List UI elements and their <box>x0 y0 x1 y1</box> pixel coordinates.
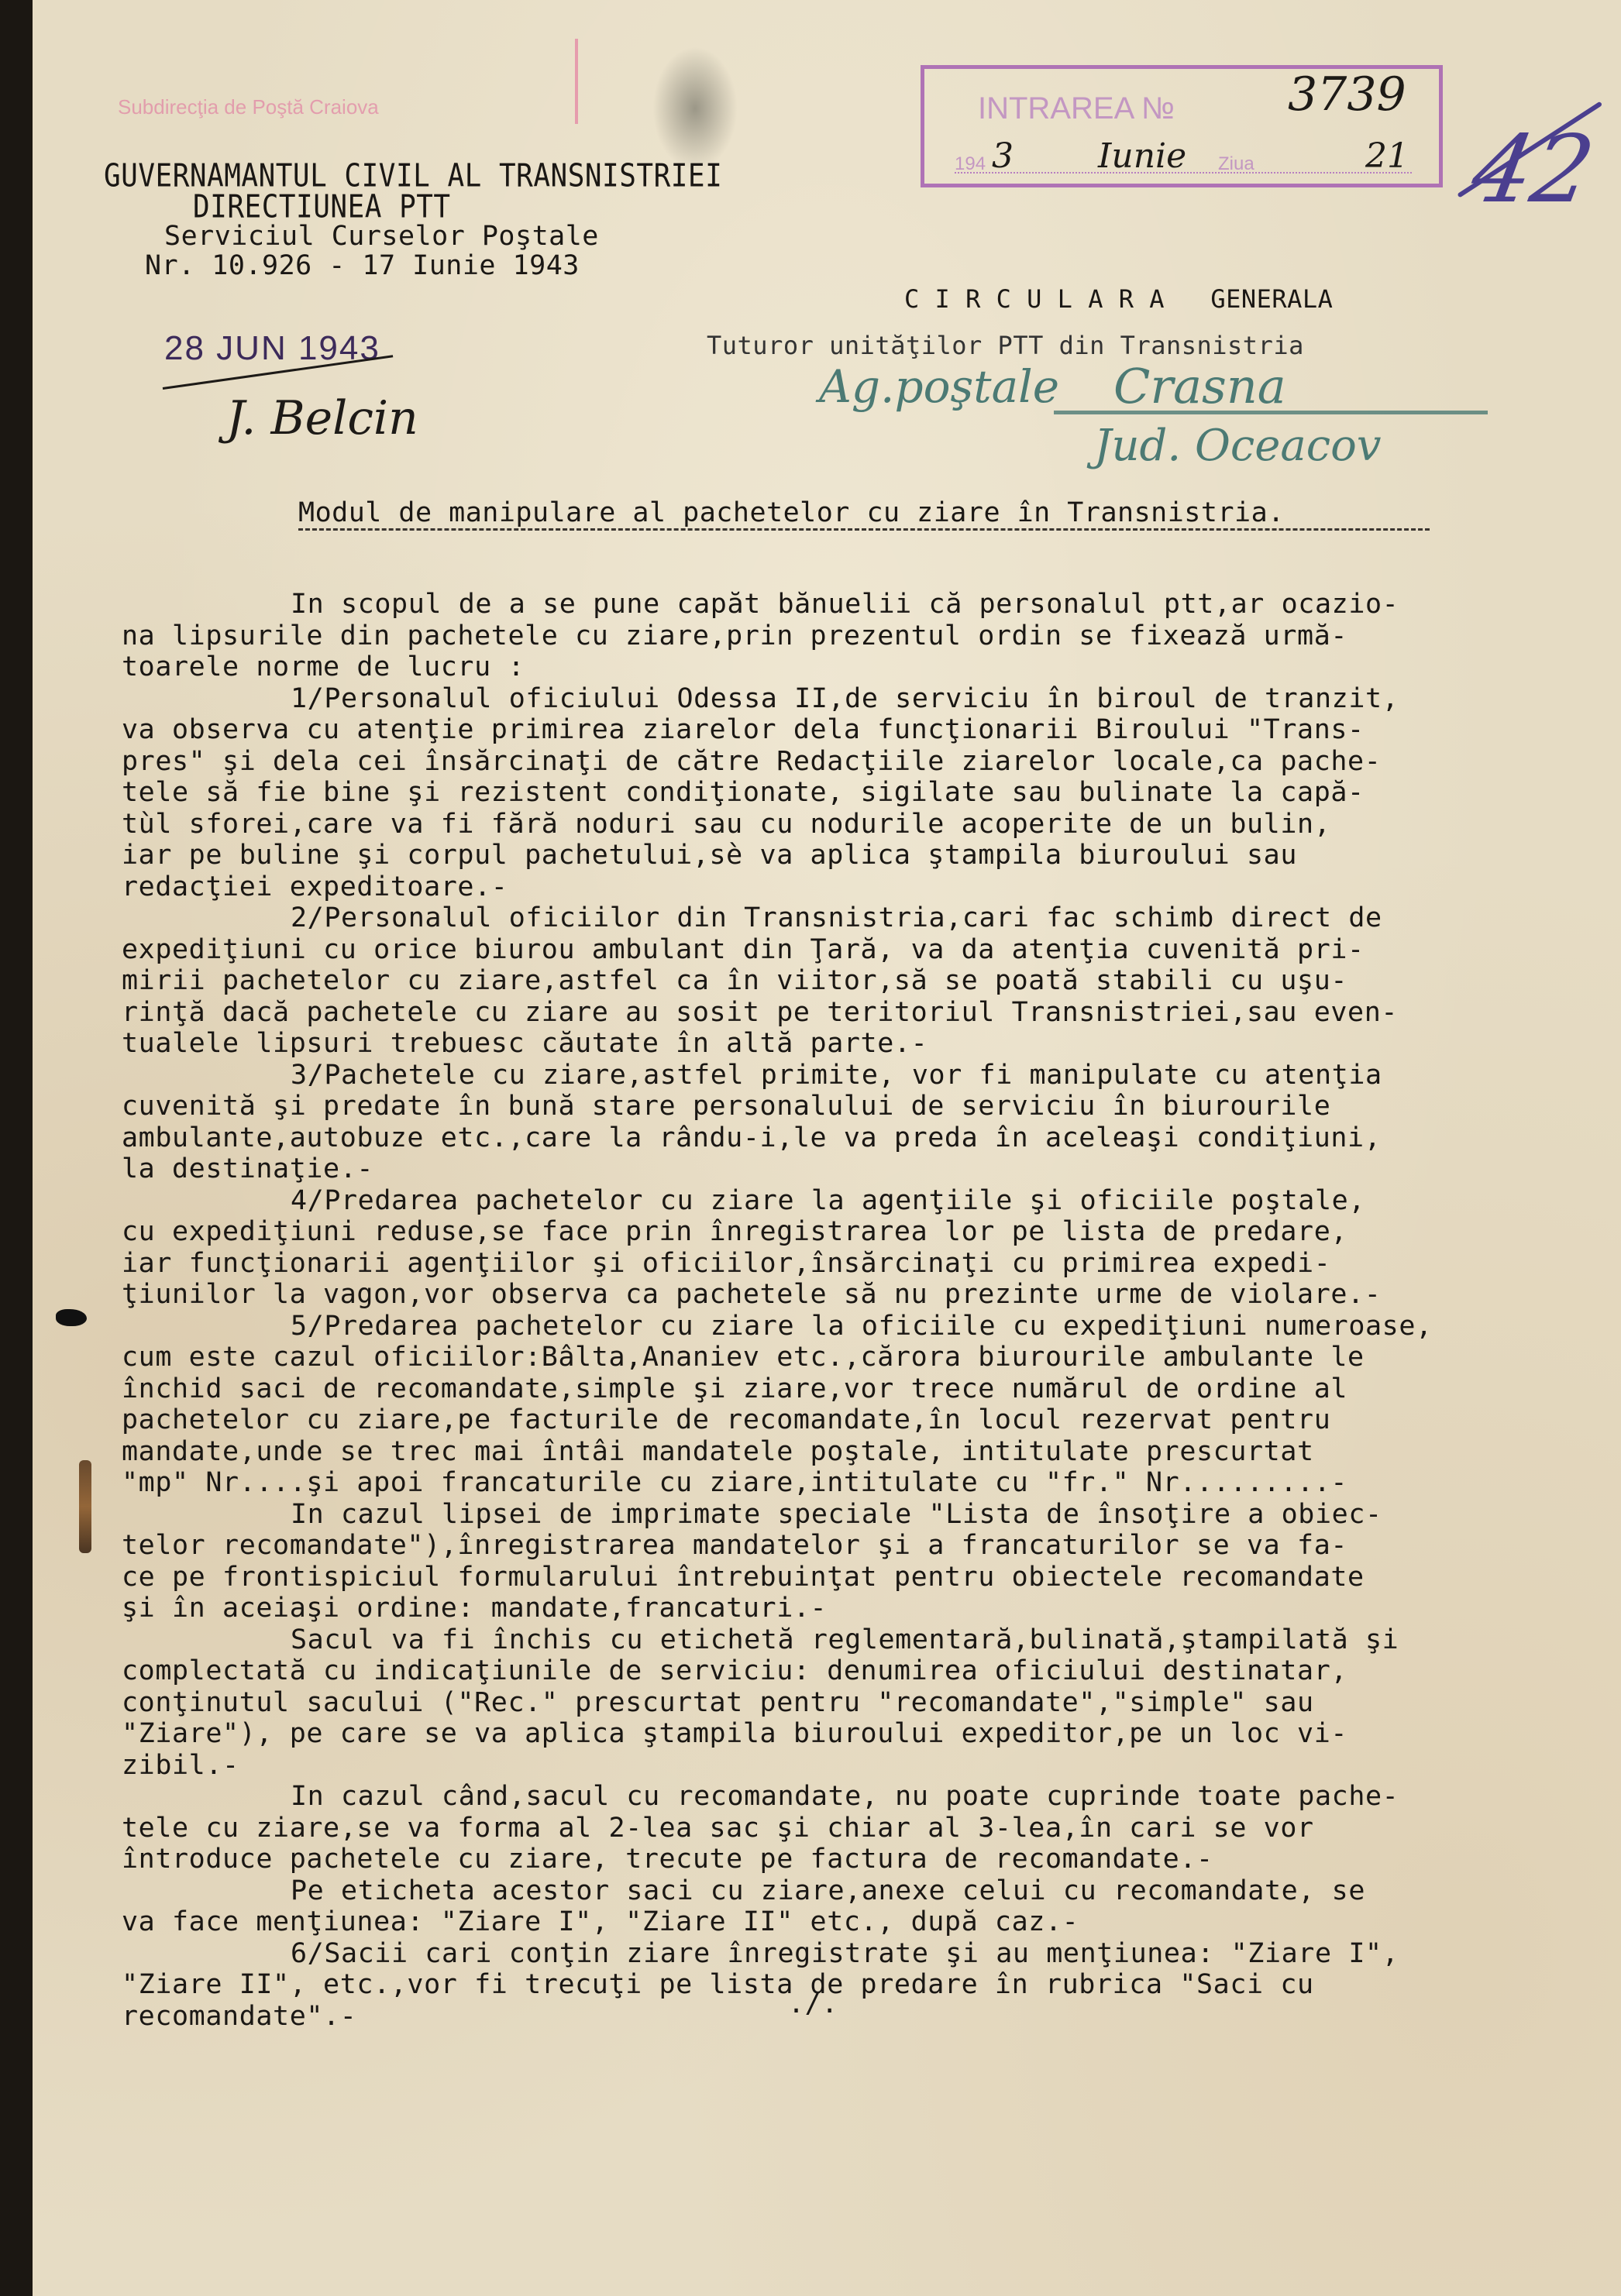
registry-stamp-dotted-line <box>955 172 1412 174</box>
circular-addressee: Tuturor unităţilor PTT din Transnistria <box>707 333 1304 358</box>
handwritten-agency-prefix: Ag.poştale <box>819 364 1059 409</box>
body-line: mandate,unde se trec mai întâi mandatele… <box>122 1436 1594 1468</box>
registry-month: Iunie <box>1098 139 1186 174</box>
body-line: cum este cazul oficiilor:Bâlta,Ananiev e… <box>122 1342 1594 1373</box>
body-line: na lipsurile din pachetele cu ziare,prin… <box>122 620 1594 652</box>
body-line: va observa cu atenţie primirea ziarelor … <box>122 714 1594 746</box>
body-line: ambulante,autobuze etc.,care la rându-i,… <box>122 1122 1594 1154</box>
body-line: zibil.- <box>122 1750 1594 1782</box>
body-line: 6/Sacii cari conţin ziare înregistrate ş… <box>122 1938 1594 1970</box>
ink-smudge <box>652 46 738 170</box>
body-line: închid saci de recomandate,simple şi zia… <box>122 1373 1594 1405</box>
body-line: tele cu ziare,se va forma al 2-lea sac ş… <box>122 1813 1594 1844</box>
body-line: mirii pachetelor cu ziare,astfel ca în v… <box>122 965 1594 997</box>
body-line: toarele norme de lucru : <box>122 651 1594 683</box>
body-line: tualele lipsuri trebuesc căutate în altă… <box>122 1028 1594 1060</box>
subject-underline <box>298 528 1430 531</box>
registry-day: 3 <box>992 139 1014 174</box>
handwritten-agency-name: Crasna <box>1113 363 1286 411</box>
body-line: 2/Personalul oficiilor din Transnistria,… <box>122 902 1594 934</box>
body-line: recomandate".- <box>122 2001 1594 2033</box>
header-government: GUVERNAMANTUL CIVIL AL TRANSNISTRIEI <box>104 160 722 192</box>
body-line: redacţiei expeditoare.- <box>122 871 1594 903</box>
body-line: cu expediţiuni reduse,se face prin înreg… <box>122 1216 1594 1248</box>
header-number-date: Nr. 10.926 - 17 Iunie 1943 <box>145 253 580 280</box>
document-body: In scopul de a se pune capăt bănuelii că… <box>122 589 1594 2032</box>
body-line: tùl sforei,care va fi fără noduri sau cu… <box>122 809 1594 840</box>
body-line: 5/Predarea pachetelor cu ziare la oficii… <box>122 1311 1594 1342</box>
document-page: Subdirecţia de Poştă Craiova GUVERNAMANT… <box>33 0 1621 2296</box>
body-line: "Ziare"), pe care se va aplica ştampila … <box>122 1718 1594 1750</box>
rust-stain <box>79 1460 91 1553</box>
body-line: In cazul când,sacul cu recomandate, nu p… <box>122 1781 1594 1813</box>
body-line: telor recomandate"),înregistrarea mandat… <box>122 1530 1594 1562</box>
body-line: 1/Personalul oficiului Odessa II,de serv… <box>122 683 1594 715</box>
body-line: pachetelor cu ziare,pe facturile de reco… <box>122 1404 1594 1436</box>
body-line: Sacul va fi închis cu etichetă reglement… <box>122 1624 1594 1656</box>
body-line: ce pe frontispiciul formularului întrebu… <box>122 1562 1594 1593</box>
body-line: cuvenită şi predate în bună stare person… <box>122 1091 1594 1122</box>
pink-office-stamp: Subdirecţia de Poştă Craiova <box>118 97 379 117</box>
document-subject: Modul de manipulare al pachetelor cu zia… <box>298 500 1285 527</box>
circular-title: C I R C U L A R A GENERALA <box>904 287 1333 311</box>
body-line: "mp" Nr....şi apoi francaturile cu ziare… <box>122 1467 1594 1499</box>
body-line: iar pe buline şi corpul pachetului,sè va… <box>122 840 1594 871</box>
header-directorate: DIRECTIUNEA PTT <box>193 191 451 223</box>
body-line: 3/Pachetele cu ziare,astfel primite, vor… <box>122 1060 1594 1091</box>
registry-number: 3739 <box>1288 71 1406 118</box>
body-line: rinţă dacă pachetele cu ziare au sosit p… <box>122 997 1594 1029</box>
registry-handwritten-21: 21 <box>1365 139 1409 174</box>
body-line: pres" şi dela cei însărcinaţi de către R… <box>122 746 1594 778</box>
body-line: expediţiuni cu orice biurou ambulant din… <box>122 934 1594 966</box>
body-line: In cazul lipsei de imprimate speciale "L… <box>122 1499 1594 1531</box>
page-number-handwritten: 42 <box>1464 116 1602 224</box>
body-line: conţinutul sacului ("Rec." prescurtat pe… <box>122 1687 1594 1719</box>
body-line: complectată cu indicaţiunile de serviciu… <box>122 1655 1594 1687</box>
handwritten-county: Jud. Oceacov <box>1094 424 1381 468</box>
body-line: 4/Predarea pachetelor cu ziare la agenţi… <box>122 1185 1594 1217</box>
body-line: şi în aceiaşi ordine: mandate,francaturi… <box>122 1593 1594 1624</box>
body-line: întroduce pachetele cu ziare, trecute pe… <box>122 1844 1594 1875</box>
body-line: tele să fie bine şi rezistent condiţiona… <box>122 777 1594 809</box>
body-line: iar funcţionarii agenţiilor şi oficiilor… <box>122 1248 1594 1280</box>
signature: J. Belcin <box>226 395 418 442</box>
registry-zi-label: Ziua <box>1218 155 1254 174</box>
body-line: In scopul de a se pune capăt bănuelii că… <box>122 589 1594 620</box>
body-line: Pe eticheta acestor saci cu ziare,anexe … <box>122 1875 1594 1907</box>
body-line: ţiunilor la vagon,vor observa ca pachete… <box>122 1279 1594 1311</box>
body-line: "Ziare II", etc.,vor fi trecuţi pe lista… <box>122 1969 1594 2001</box>
continuation-mark: ./. <box>788 1991 838 2018</box>
registry-year-label: 194 <box>955 155 986 174</box>
header-service: Serviciul Curselor Poştale <box>164 223 599 250</box>
body-line: la destinaţie.- <box>122 1153 1594 1185</box>
punch-hole <box>56 1309 87 1326</box>
registry-stamp-label: INTRAREA № <box>978 93 1175 124</box>
handwritten-underline <box>1054 411 1488 414</box>
body-line: va face menţiunea: "Ziare I", "Ziare II"… <box>122 1906 1594 1938</box>
